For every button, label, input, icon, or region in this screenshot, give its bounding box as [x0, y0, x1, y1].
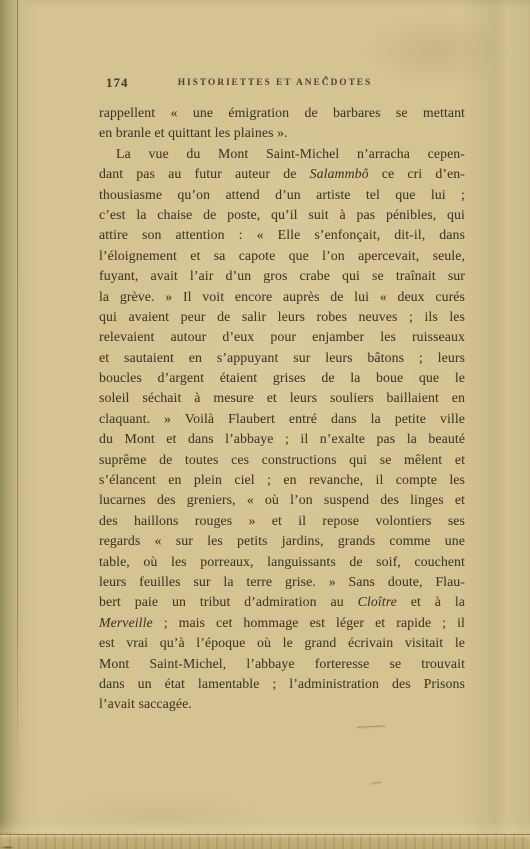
- text-line: la grève. » Il voit encore auprès de lui…: [99, 287, 465, 307]
- text-line: thousiasme qu’on attend d’un artiste tel…: [99, 185, 465, 205]
- paper-smudge: [370, 781, 382, 785]
- text-line: Mont Saint-Michel, l’abbaye forteresse s…: [99, 654, 465, 674]
- text-line: qui avaient peur de salir leurs robes ne…: [99, 307, 465, 327]
- text-line: des haillons rouges » et il repose volon…: [99, 511, 465, 531]
- text-line: l’avait saccagée.: [99, 694, 465, 714]
- text-line: du Mont et dans l’abbaye ; il n’exalte p…: [99, 429, 465, 449]
- text-line: Merveille ; mais cet hommage est léger e…: [99, 613, 465, 633]
- text-line: La vue du Mont Saint-Michel n’arracha ce…: [99, 144, 465, 164]
- text-line: en branle et quittant les plaines ».: [99, 123, 465, 143]
- page-header: 174 HISTORIETTES ET ANECDOTES: [0, 0, 530, 100]
- page-spine-edge: [17, 0, 18, 849]
- page-bottom-edge: [0, 834, 530, 849]
- text-line: c’est la chaise de poste, qu’il suit à p…: [99, 205, 465, 225]
- bottom-left-corner-shadow: [0, 839, 30, 849]
- page-number: 174: [106, 75, 129, 91]
- text-line: l’éloignement et sa capote que l’on aper…: [99, 246, 465, 266]
- text-line: bert paie un tribut d’admiration au Cloî…: [99, 592, 465, 612]
- text-line: est vrai qu’à l’époque où le grand écriv…: [99, 633, 465, 653]
- text-line: table, où les porreaux, languissants de …: [99, 552, 465, 572]
- text-line: dant pas au futur auteur de Salammbô ce …: [99, 164, 465, 184]
- book-page: 174 HISTORIETTES ET ANECDOTES rappellent…: [0, 0, 530, 849]
- text-line: dans un état lamentable ; l’administrati…: [99, 674, 465, 694]
- text-line: boucles d’argent étaient grises de la bo…: [99, 368, 465, 388]
- text-line: suprême de toutes ces constructions qui …: [99, 450, 465, 470]
- text-line: regards « sur les petits jardins, grands…: [99, 531, 465, 551]
- text-line: lucarnes des greniers, « où l’on suspend…: [99, 490, 465, 510]
- text-line: rappellent « une émigration de barbares …: [99, 103, 465, 123]
- text-line: s’élancent en plein ciel ; en revanche, …: [99, 470, 465, 490]
- running-head: HISTORIETTES ET ANECDOTES: [130, 78, 420, 88]
- text-line: relevaient autour d’eux pour enjamber le…: [99, 327, 465, 347]
- pencil-mark: [357, 725, 385, 727]
- page-bottom-highlight: [0, 821, 530, 835]
- body-text: rappellent « une émigration de barbares …: [99, 103, 465, 715]
- text-line: attire son attention : « Elle s’enfonçai…: [99, 225, 465, 245]
- text-line: fuyant, avait l’air d’un gros crabe qui …: [99, 266, 465, 286]
- text-line: leurs feuilles sur la terre grise. » San…: [99, 572, 465, 592]
- text-line: et sautaient en s’appuyant sur leurs bât…: [99, 348, 465, 368]
- text-line: claquant. » Voilà Flaubert entré dans la…: [99, 409, 465, 429]
- text-line: soleil séchait à mesure et leurs soulier…: [99, 388, 465, 408]
